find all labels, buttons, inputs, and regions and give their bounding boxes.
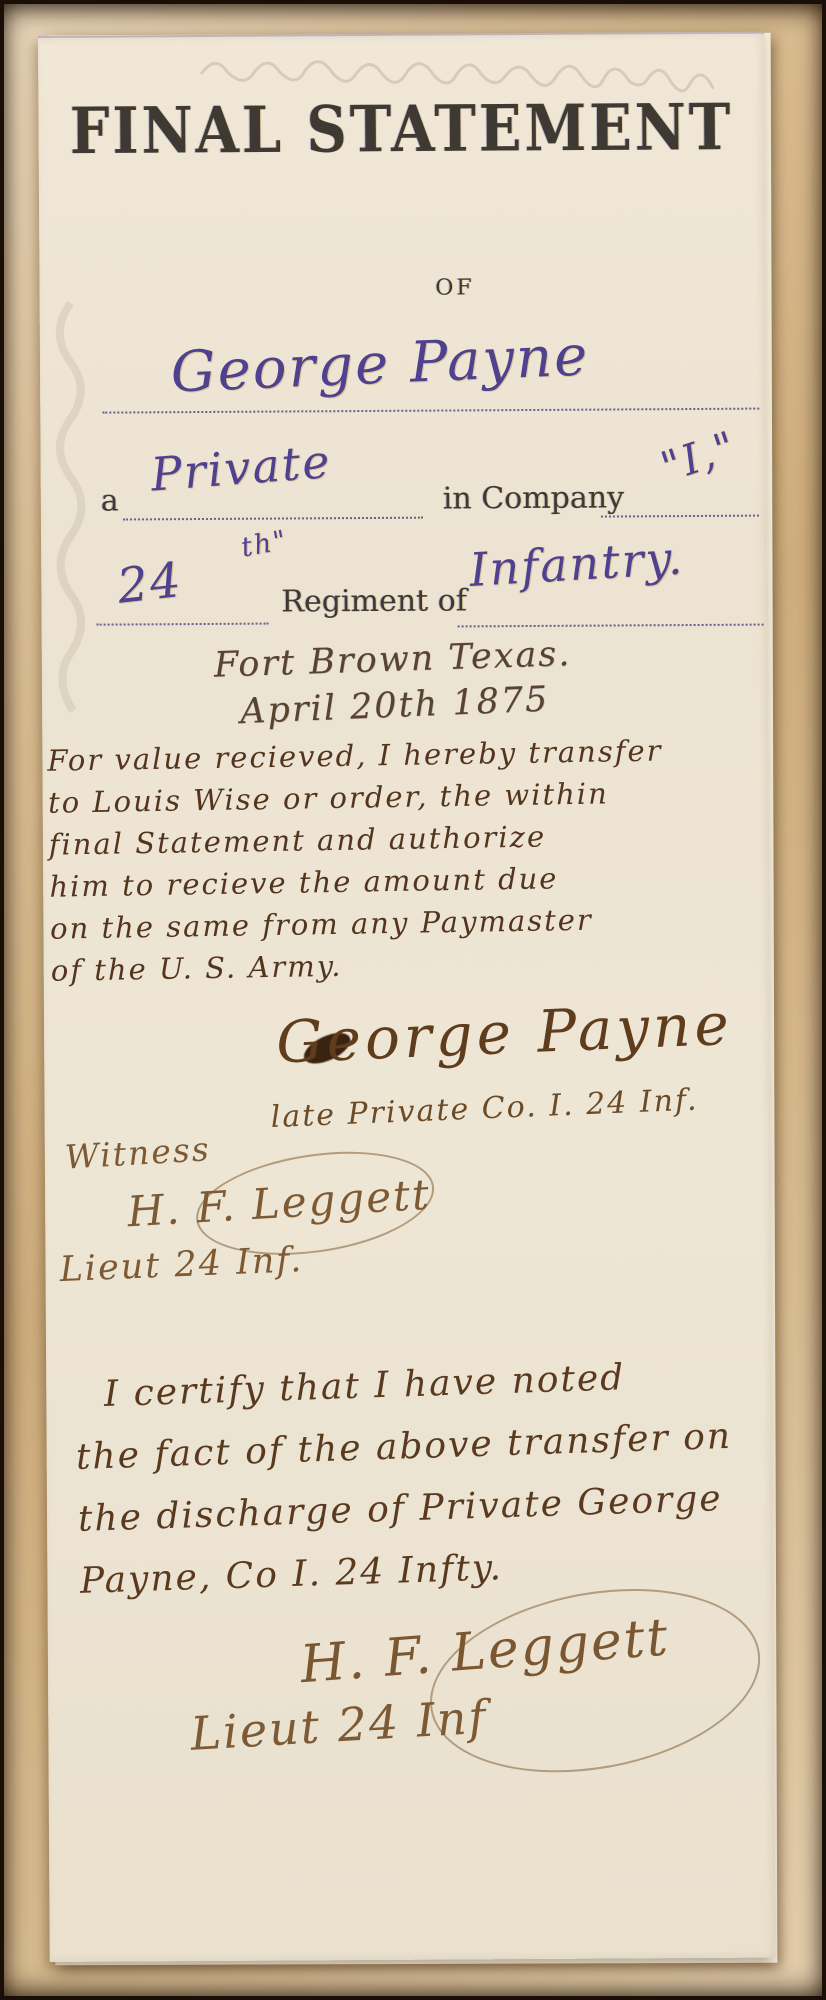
rank-prefix: a <box>101 484 119 519</box>
company-rule <box>601 515 759 518</box>
bleed-through-margin <box>36 298 109 718</box>
signature-george-payne-title: late Private Co. I. 24 Inf. <box>270 1083 699 1136</box>
regiment-label: Regiment of <box>281 583 467 619</box>
regiment-branch-rule <box>458 624 764 628</box>
regiment-branch: Infantry. <box>468 530 686 596</box>
place-line: Fort Brown Texas. <box>213 634 572 686</box>
company-value: "I," <box>655 421 743 492</box>
document-title: FINAL STATEMENT <box>46 90 758 169</box>
document-paper: FINAL STATEMENT OF George Payne a Privat… <box>38 32 776 1962</box>
signature-george-payne: George Payne <box>275 990 734 1077</box>
regiment-number-rule <box>97 623 269 626</box>
regiment-ordinal: th" <box>239 525 290 564</box>
soldier-name: George Payne <box>99 320 661 408</box>
rank-rule <box>123 517 423 521</box>
regiment-number: 24 <box>114 552 185 615</box>
bottom-signature-title: Lieut 24 Inf <box>189 1690 489 1761</box>
witness-signature-title: Lieut 24 Inf. <box>59 1240 304 1290</box>
of-label: OF <box>39 274 765 303</box>
in-company-label: in Company <box>443 480 624 516</box>
date-line: April 20th 1875 <box>239 680 550 733</box>
transfer-paragraph: For value recieved, I hereby transfer to… <box>47 728 769 992</box>
certification-paragraph: I certify that I have noted the fact of … <box>73 1342 781 1612</box>
rank-value: Private <box>149 434 333 502</box>
witness-label: Witness <box>64 1129 212 1176</box>
name-rule <box>102 408 759 414</box>
